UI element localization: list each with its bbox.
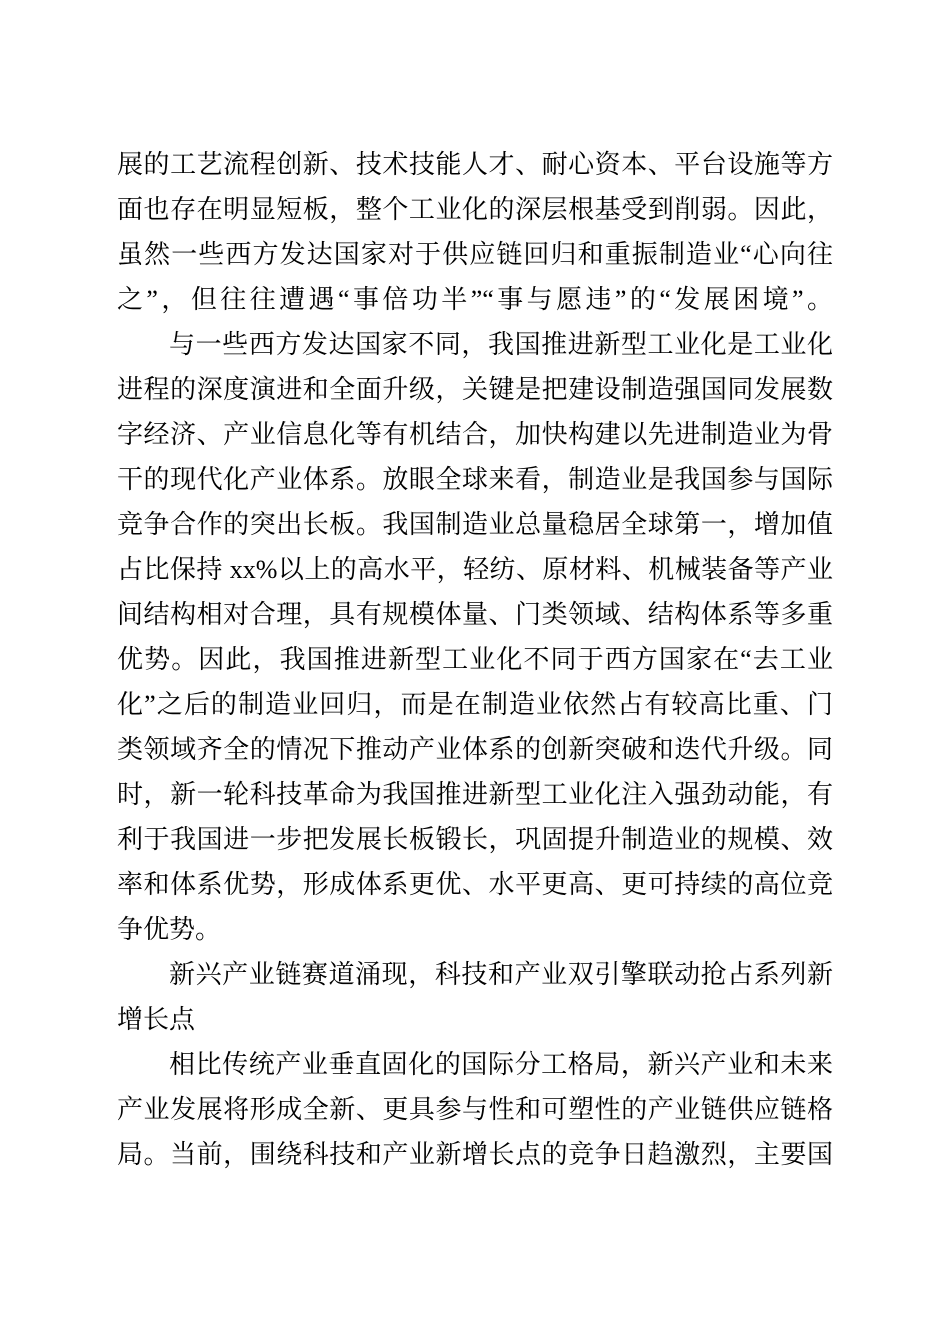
text-line: 时，新一轮科技革命为我国推进新型工业化注入强劲动能，有 [117, 772, 833, 817]
text-line: 竞争合作的突出长板。我国制造业总量稳居全球第一，增加值 [117, 502, 833, 547]
document-body: 展的工艺流程创新、技术技能人才、耐心资本、平台设施等方面也存在明显短板，整个工业… [117, 142, 833, 1177]
text-line: 展的工艺流程创新、技术技能人才、耐心资本、平台设施等方 [117, 142, 833, 187]
text-line: 干的现代化产业体系。放眼全球来看，制造业是我国参与国际 [117, 457, 833, 502]
text-line: 占比保持 xx%以上的高水平，轻纺、原材料、机械装备等产业 [117, 547, 833, 592]
text-line: 化”之后的制造业回归，而是在制造业依然占有较高比重、门 [117, 682, 833, 727]
text-line: 局。当前，围绕科技和产业新增长点的竞争日趋激烈，主要国 [117, 1132, 833, 1177]
text-line: 产业发展将形成全新、更具参与性和可塑性的产业链供应链格 [117, 1087, 833, 1132]
body-paragraph-continuation: 展的工艺流程创新、技术技能人才、耐心资本、平台设施等方面也存在明显短板，整个工业… [117, 142, 833, 322]
text-line: 间结构相对合理，具有规模体量、门类领域、结构体系等多重 [117, 592, 833, 637]
text-line: 进程的深度演进和全面升级，关键是把建设制造强国同发展数 [117, 367, 833, 412]
text-line: 之”，但往往遭遇“事倍功半”“事与愿违”的“发展困境”。 [117, 277, 833, 322]
text-line: 虽然一些西方发达国家对于供应链回归和重振制造业“心向往 [117, 232, 833, 277]
section-heading: 新兴产业链赛道涌现，科技和产业双引擎联动抢占系列新增长点 [117, 952, 833, 1042]
text-line: 与一些西方发达国家不同，我国推进新型工业化是工业化 [117, 322, 833, 367]
text-line: 优势。因此，我国推进新型工业化不同于西方国家在“去工业 [117, 637, 833, 682]
text-line: 新兴产业链赛道涌现，科技和产业双引擎联动抢占系列新 [117, 952, 833, 997]
text-line: 率和体系优势，形成体系更优、水平更高、更可持续的高位竞 [117, 862, 833, 907]
text-line: 争优势。 [117, 907, 833, 952]
body-paragraph: 相比传统产业垂直固化的国际分工格局，新兴产业和未来产业发展将形成全新、更具参与性… [117, 1042, 833, 1177]
text-line: 字经济、产业信息化等有机结合，加快构建以先进制造业为骨 [117, 412, 833, 457]
text-line: 增长点 [117, 997, 833, 1042]
text-line: 利于我国进一步把发展长板锻长，巩固提升制造业的规模、效 [117, 817, 833, 862]
body-paragraph: 与一些西方发达国家不同，我国推进新型工业化是工业化进程的深度演进和全面升级，关键… [117, 322, 833, 952]
document-page: 展的工艺流程创新、技术技能人才、耐心资本、平台设施等方面也存在明显短板，整个工业… [0, 0, 950, 1344]
text-line: 类领域齐全的情况下推动产业体系的创新突破和迭代升级。同 [117, 727, 833, 772]
text-line: 相比传统产业垂直固化的国际分工格局，新兴产业和未来 [117, 1042, 833, 1087]
text-line: 面也存在明显短板，整个工业化的深层根基受到削弱。因此， [117, 187, 833, 232]
